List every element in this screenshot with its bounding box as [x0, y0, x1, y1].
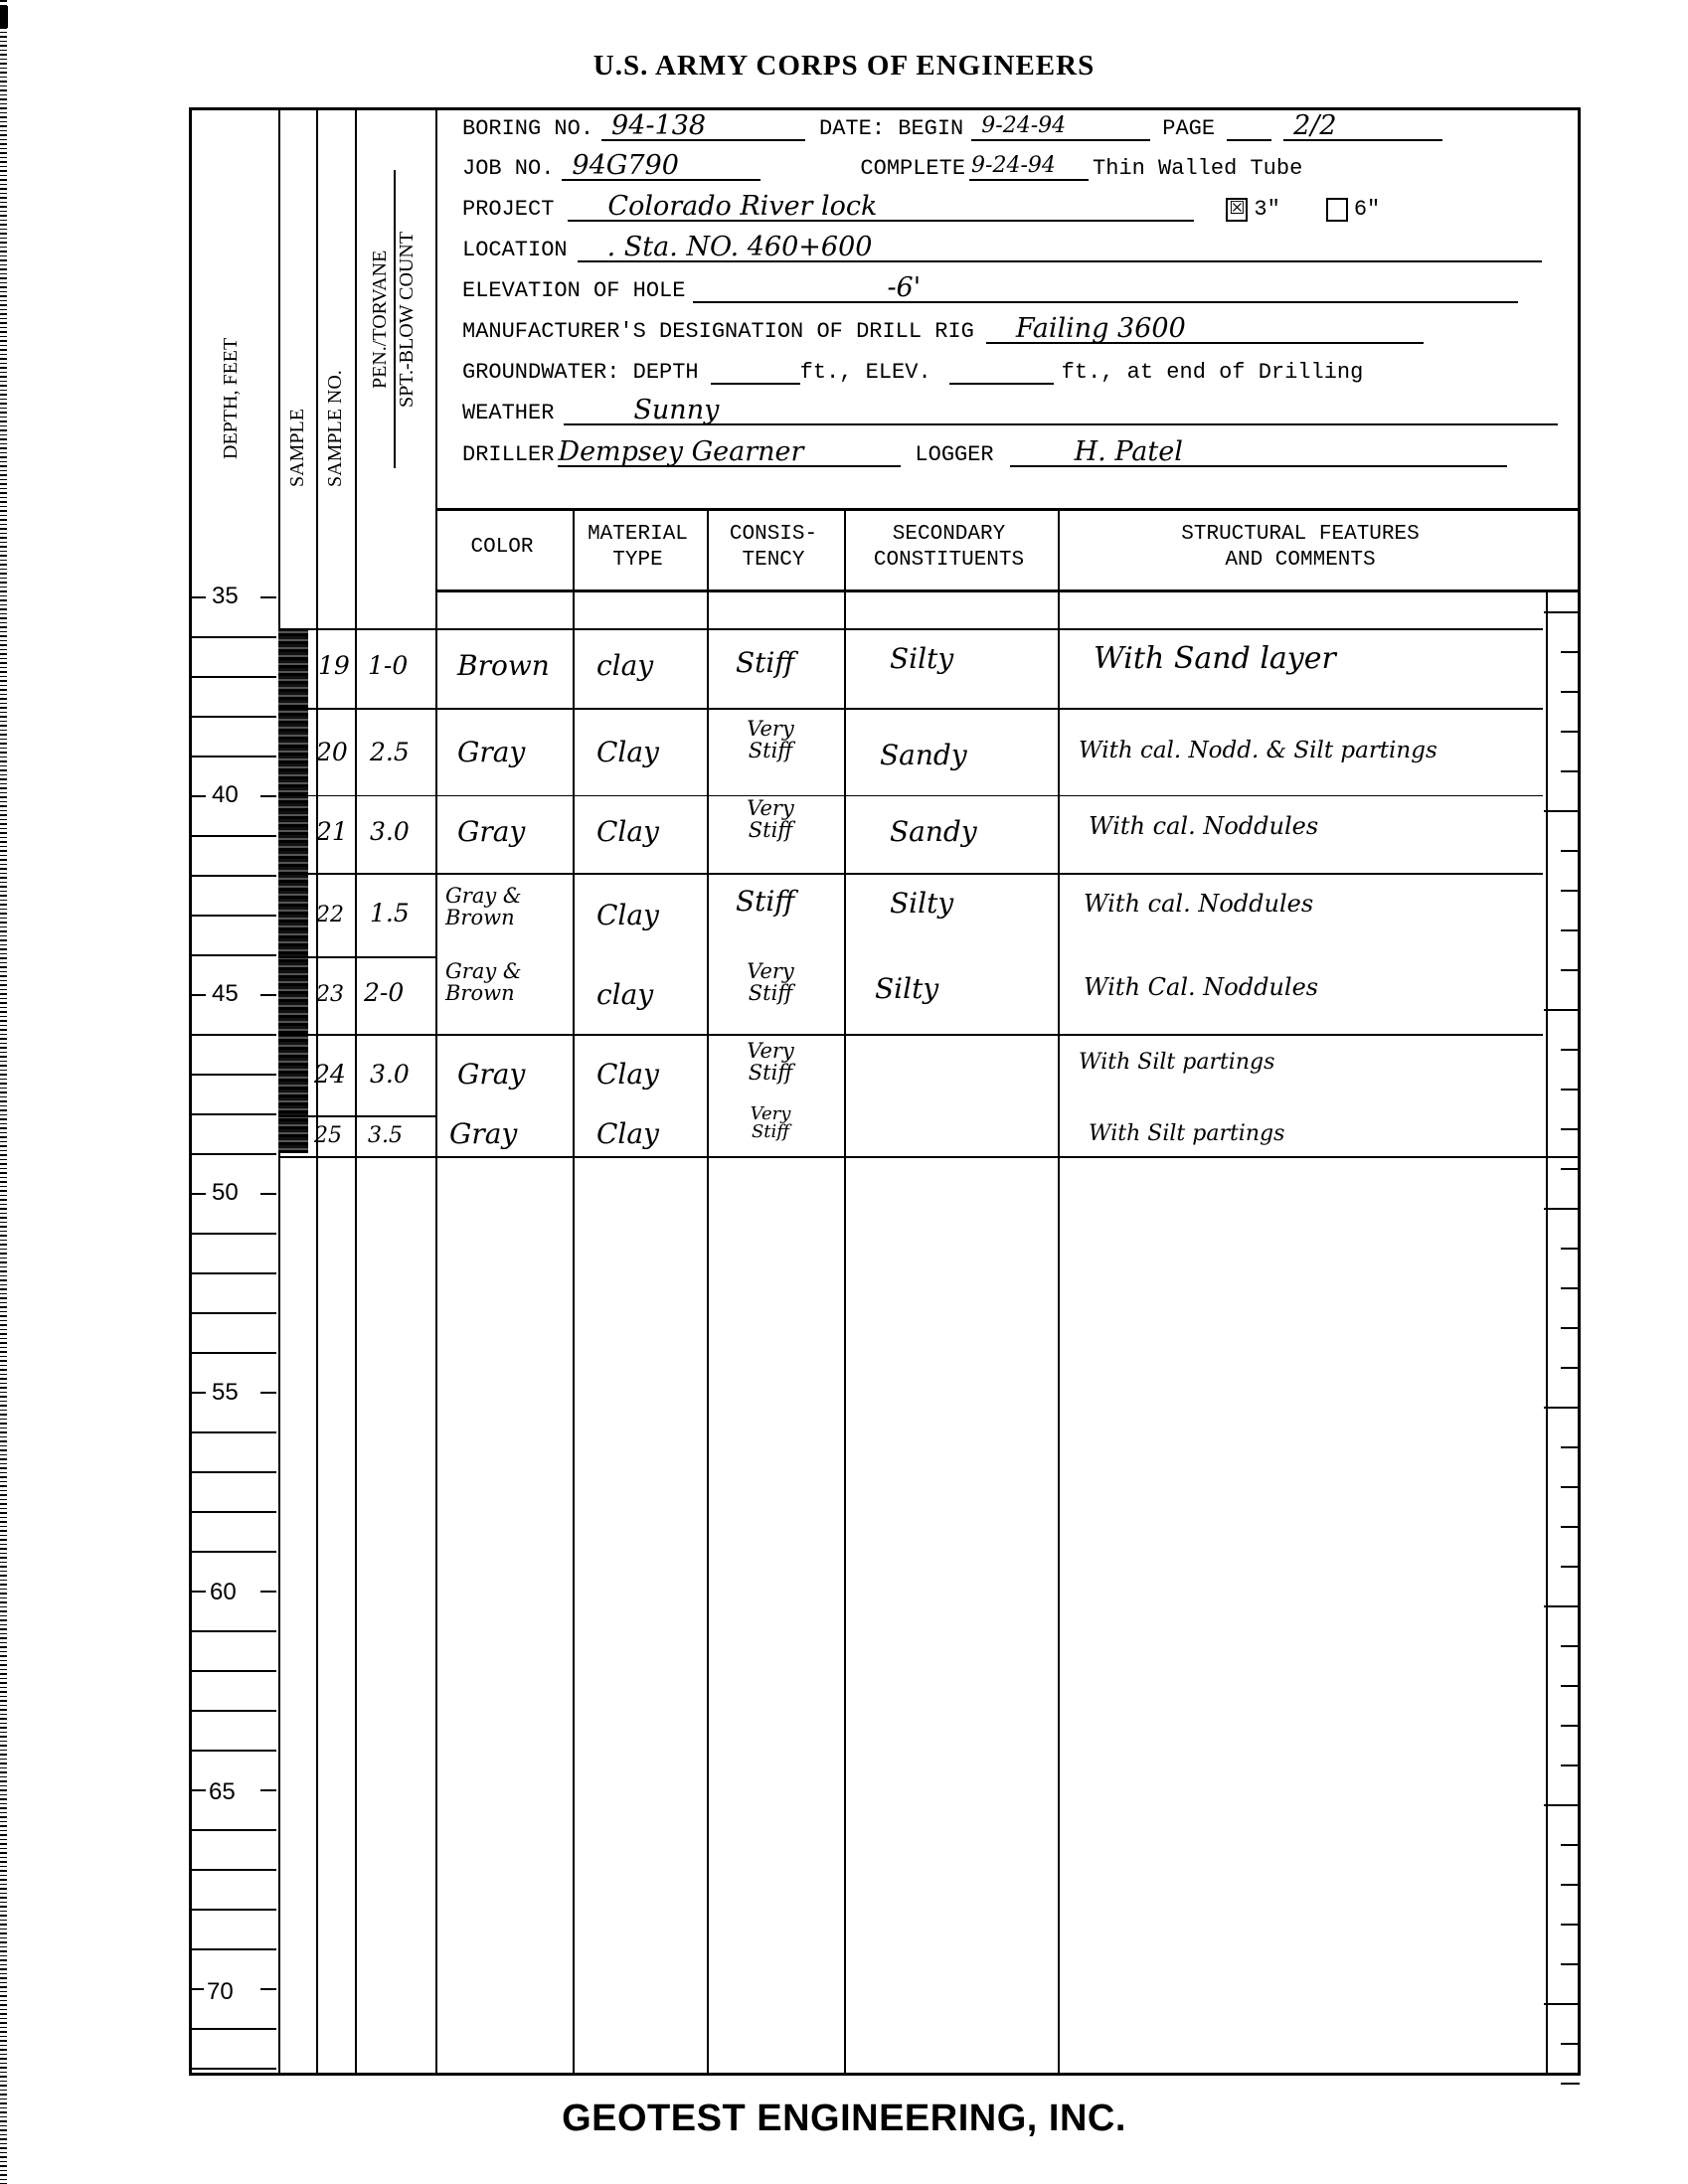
color-value: Gray	[449, 1119, 517, 1149]
pen-value: 2-0	[364, 978, 404, 1008]
material-value: Clay	[596, 738, 659, 767]
comments-value: With cal. Noddules	[1089, 811, 1318, 841]
col-header-secondary-constituents: SECONDARYCONSTITUENTS	[843, 507, 1055, 588]
project-field[interactable]: Colorado River lock	[568, 192, 1194, 222]
sample-no: 25	[314, 1121, 342, 1151]
depth-major-tick	[192, 1392, 206, 1394]
material-value: Clay	[596, 817, 659, 847]
secondary-value: Sandy	[880, 741, 967, 770]
right-scale-tick	[1561, 890, 1580, 892]
depth-label-65: 65	[206, 1778, 239, 1806]
comments-value: With cal. Nodd. & Silt partings	[1079, 736, 1437, 765]
job-no-field[interactable]: 94G790	[562, 151, 760, 181]
row-project: PROJECT Colorado River lock ☒ 3" 6"	[462, 192, 1380, 222]
page-prefix-blank[interactable]	[1227, 111, 1271, 141]
sample-header: SAMPLE	[286, 349, 309, 548]
col-header-color: COLOR	[434, 507, 570, 588]
depth-major-tick	[192, 1193, 206, 1195]
right-scale-tick	[1561, 1367, 1580, 1369]
depth-label-35: 35	[209, 583, 242, 610]
consistency-value: Stiff	[736, 887, 794, 917]
col-header-consistency: CONSIS-TENCY	[706, 507, 841, 588]
depth-minor-line	[192, 1431, 276, 1433]
row-divider-23-24	[278, 1034, 1543, 1036]
sample-no: 19	[318, 651, 350, 681]
divider-consistency-secondary	[844, 508, 846, 2073]
row-divider-19-20	[278, 708, 1543, 710]
right-scale-major-line	[1544, 1208, 1580, 1210]
driller-field[interactable]: Dempsey Gearner	[558, 437, 901, 467]
secondary-value: Silty	[890, 644, 953, 674]
pen-value: 3.0	[370, 817, 410, 847]
divider-sample-sampleno	[316, 110, 318, 2073]
right-scale-major-line	[1544, 1804, 1580, 1806]
depth-label-55: 55	[209, 1379, 242, 1407]
divider-pen-color	[435, 110, 437, 2073]
depth-minor-line	[192, 1551, 276, 1553]
depth-major-tick	[260, 994, 276, 996]
consistency-value: Very Stiff	[736, 1105, 805, 1141]
consistency-value: Very Stiff	[736, 1040, 805, 1084]
color-value: Gray	[457, 1060, 525, 1090]
sample-no: 20	[316, 738, 348, 767]
pen-value: 1-0	[368, 651, 408, 681]
sample-no: 21	[316, 817, 348, 847]
right-scale-tick	[1561, 1566, 1580, 1568]
depth-minor-line	[192, 1074, 276, 1076]
right-scale-tick	[1561, 1764, 1580, 1766]
right-scale-tick	[1561, 1486, 1580, 1488]
pen-value: 3.0	[370, 1060, 410, 1090]
right-scale-major-line	[1544, 2003, 1580, 2005]
pen-torvane-header: PEN./TORVANE	[369, 170, 396, 468]
depth-feet-header: DEPTH, FEET	[220, 250, 243, 548]
material-value: Clay	[596, 1060, 659, 1090]
material-value: Clay	[596, 901, 659, 930]
row-divider-24-25	[278, 1115, 435, 1117]
right-scale-tick	[1561, 1287, 1580, 1289]
depth-minor-line	[192, 1471, 276, 1473]
depth-minor-line	[192, 1153, 276, 1155]
row-divider-22-23	[278, 956, 435, 958]
depth-minor-line	[192, 1869, 276, 1871]
divider-secondary-structural	[1058, 508, 1060, 2073]
col-header-structural-features: STRUCTURAL FEATURESAND COMMENTS	[1057, 507, 1544, 588]
right-scale-tick	[1561, 1844, 1580, 1846]
depth-minor-line	[192, 875, 276, 877]
location-field[interactable]: . Sta. NO. 460+600	[578, 233, 1542, 262]
comments-value: With Silt partings	[1089, 1119, 1284, 1149]
right-scale-tick	[1561, 2043, 1580, 2045]
depth-major-tick	[260, 1392, 276, 1394]
right-scale-major-line	[1544, 1009, 1580, 1011]
logger-field[interactable]: H. Patel	[1010, 437, 1507, 467]
secondary-value: Sandy	[890, 817, 977, 847]
comments-value: With cal. Noddules	[1084, 889, 1313, 919]
depth-minor-line	[192, 1710, 276, 1712]
depth-minor-line	[192, 1909, 276, 1911]
row-groundwater: GROUNDWATER: DEPTH ft., ELEV. ft., at en…	[462, 355, 1363, 385]
pen-value: 1.5	[370, 899, 410, 928]
right-scale-major-line	[1544, 611, 1580, 613]
secondary-value: Silty	[890, 889, 953, 919]
row-divider-21-22	[278, 873, 1543, 875]
depth-minor-line	[192, 1272, 276, 1274]
page-field[interactable]: 2/2	[1283, 111, 1442, 141]
comments-value: With Cal. Noddules	[1084, 972, 1318, 1002]
color-value: Brown	[457, 651, 550, 681]
tube-6in-checkbox[interactable]	[1326, 198, 1348, 222]
color-value: Gray	[457, 738, 525, 767]
color-value: Gray & Brown	[445, 885, 555, 928]
row-location: LOCATION . Sta. NO. 460+600	[462, 233, 1542, 262]
depth-minor-line	[192, 1670, 276, 1672]
color-value: Gray & Brown	[445, 960, 555, 1004]
right-scale-tick	[1561, 731, 1580, 733]
consistency-value: Very Stiff	[736, 797, 805, 841]
row-boring: BORING NO. 94-138 DATE: BEGIN 9-24-94 PA…	[462, 111, 1442, 141]
tube-3in-checkbox[interactable]: ☒	[1226, 198, 1248, 222]
scan-edge-artifact	[0, 0, 7, 2184]
right-scale-tick	[1561, 1725, 1580, 1727]
color-value: Gray	[457, 817, 525, 847]
depth-minor-line	[192, 915, 276, 917]
depth-minor-line	[192, 1034, 276, 1036]
depth-minor-line	[192, 2028, 276, 2030]
depth-minor-line	[192, 1352, 276, 1354]
secondary-value: Silty	[875, 974, 938, 1004]
depth-minor-line	[192, 954, 276, 956]
comments-value: With Sand layer	[1094, 644, 1336, 674]
right-scale-major-line	[1544, 1605, 1580, 1607]
row-driller: DRILLER Dempsey Gearner LOGGER H. Patel	[462, 437, 1507, 467]
comments-value: With Silt partings	[1079, 1048, 1274, 1078]
depth-label-40: 40	[209, 781, 242, 809]
column-header-bottom-rule	[435, 589, 1578, 592]
depth-major-tick	[260, 1591, 276, 1593]
depth-major-tick	[260, 795, 276, 797]
divider-sampleno-pen	[355, 110, 357, 2073]
row-weather: WEATHER Sunny	[462, 396, 1558, 425]
right-scale-tick	[1561, 929, 1580, 931]
depth-major-tick	[192, 596, 206, 598]
weather-field[interactable]: Sunny	[564, 396, 1558, 425]
consistency-value: Very Stiff	[736, 960, 805, 1004]
right-scale-tick	[1561, 1645, 1580, 1647]
depth-minor-line	[192, 756, 276, 757]
depth-major-tick	[192, 795, 206, 797]
groundwater-elev-field[interactable]	[949, 355, 1054, 385]
right-scale-tick	[1561, 1924, 1580, 1926]
consistency-value: Very Stiff	[736, 718, 805, 761]
depth-minor-line	[192, 835, 276, 837]
groundwater-depth-field[interactable]	[711, 355, 800, 385]
depth-minor-line	[192, 1233, 276, 1235]
elevation-field[interactable]: -6'	[693, 273, 1518, 303]
depth-major-tick	[192, 1789, 206, 1791]
row-drill-rig: MANUFACTURER'S DESIGNATION OF DRILL RIG …	[462, 314, 1424, 344]
right-scale-tick	[1561, 969, 1580, 971]
spt-blow-count-header: SPT.-BLOW COUNT	[396, 170, 419, 468]
depth-minor-line	[192, 2068, 276, 2070]
right-scale-tick	[1561, 1884, 1580, 1886]
depth-minor-line	[192, 1511, 276, 1513]
row-divider-top	[278, 628, 1543, 630]
right-scale-tick	[1561, 1446, 1580, 1448]
sample-no-header: SAMPLE NO.	[324, 309, 347, 548]
right-scale-tick	[1561, 1963, 1580, 1965]
depth-major-tick	[260, 1193, 276, 1195]
depth-minor-line	[192, 1113, 276, 1115]
sample-no: 23	[316, 980, 344, 1010]
boring-no-field[interactable]: 94-138	[601, 111, 805, 141]
right-scale-tick	[1561, 1168, 1580, 1170]
right-scale-tick	[1561, 1089, 1580, 1091]
company-footer: GEOTEST ENGINEERING, INC.	[0, 2098, 1688, 2140]
divider-material-consistency	[707, 508, 709, 2073]
depth-major-tick	[192, 994, 206, 996]
divider-color-material	[573, 508, 575, 2073]
depth-major-tick	[260, 1789, 276, 1791]
depth-minor-line	[192, 636, 276, 638]
material-value: clay	[596, 980, 653, 1010]
drill-rig-field[interactable]: Failing 3600	[986, 314, 1424, 344]
right-scale-tick	[1561, 1685, 1580, 1687]
sample-no: 24	[314, 1060, 346, 1090]
date-complete-field[interactable]: 9-24-94	[969, 151, 1089, 181]
depth-label-60: 60	[207, 1579, 240, 1606]
material-value: Clay	[596, 1119, 659, 1149]
right-scale-tick	[1561, 651, 1580, 653]
pen-value: 3.5	[368, 1121, 403, 1151]
right-scale-tick	[1561, 2083, 1580, 2085]
depth-major-tick	[260, 596, 276, 598]
depth-major-tick	[260, 1988, 276, 1990]
right-scale-tick	[1561, 1248, 1580, 1250]
right-scale-tick	[1561, 770, 1580, 772]
right-scale-tick	[1561, 1128, 1580, 1130]
depth-minor-line	[192, 1948, 276, 1950]
right-scale-tick	[1561, 850, 1580, 852]
right-scale-major-line	[1544, 1407, 1580, 1409]
depth-label-70: 70	[204, 1978, 237, 2006]
sample-no: 22	[316, 901, 344, 930]
col-header-material-type: MATERIALTYPE	[572, 507, 704, 588]
row-divider-20-21	[278, 795, 1543, 796]
material-value: clay	[596, 651, 653, 681]
scan-edge-mark	[0, 6, 8, 28]
depth-minor-line	[192, 1829, 276, 1831]
date-begin-field[interactable]: 9-24-94	[971, 111, 1150, 141]
consistency-value: Stiff	[736, 648, 794, 678]
row-elevation: ELEVATION OF HOLE -6'	[462, 273, 1518, 303]
pen-value: 2.5	[370, 738, 410, 767]
right-scale-tick	[1561, 1327, 1580, 1329]
depth-major-tick	[192, 1591, 206, 1593]
right-scale-tick	[1561, 1526, 1580, 1528]
right-scale-major-line	[1544, 810, 1580, 812]
right-scale-tick	[1561, 691, 1580, 693]
depth-minor-line	[192, 1312, 276, 1314]
row-divider-bottom	[278, 1156, 1581, 1158]
depth-minor-line	[192, 716, 276, 718]
depth-minor-line	[192, 1750, 276, 1752]
depth-label-45: 45	[209, 980, 242, 1008]
depth-label-50: 50	[209, 1179, 242, 1207]
agency-title: U.S. ARMY CORPS OF ENGINEERS	[0, 50, 1688, 83]
depth-minor-line	[192, 1630, 276, 1632]
depth-minor-line	[192, 676, 276, 678]
right-scale-tick	[1561, 1049, 1580, 1051]
row-job: JOB NO. 94G790 COMPLETE 9-24-94 Thin Wal…	[462, 151, 1302, 181]
